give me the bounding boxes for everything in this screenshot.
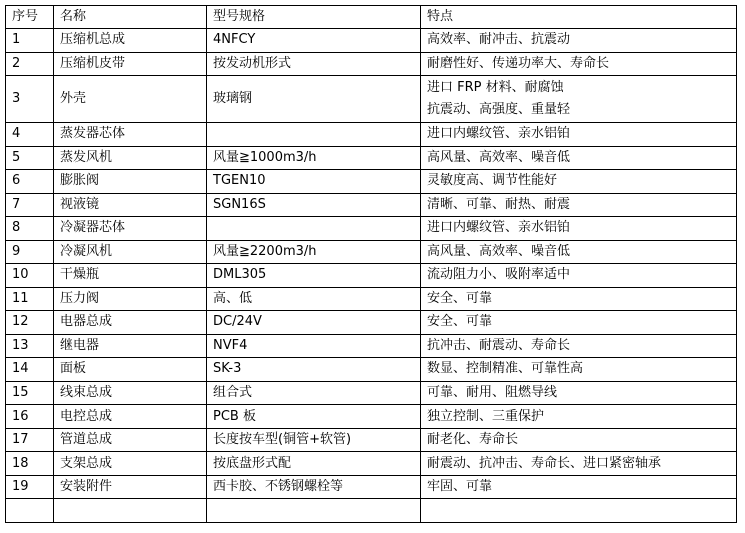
cell-features: 流动阻力小、吸附率适中 <box>421 264 737 288</box>
cell-model: DC/24V <box>207 311 421 335</box>
cell-features: 可靠、耐用、阻燃导线 <box>421 381 737 405</box>
cell-model: 按发动机形式 <box>207 52 421 76</box>
cell-features: 耐老化、寿命长 <box>421 428 737 452</box>
cell-model <box>207 123 421 147</box>
cell-index: 6 <box>6 170 54 194</box>
cell-index: 17 <box>6 428 54 452</box>
cell-name: 冷凝风机 <box>54 240 207 264</box>
cell-features: 安全、可靠 <box>421 287 737 311</box>
table-row: 6 膨胀阀 TGEN10 灵敏度高、调节性能好 <box>6 170 737 194</box>
cell-features: 安全、可靠 <box>421 311 737 335</box>
cell-name: 面板 <box>54 358 207 382</box>
table-row: 18 支架总成 按底盘形式配 耐震动、抗冲击、寿命长、进口紧密轴承 <box>6 452 737 476</box>
table-header-row: 序号 名称 型号规格 特点 <box>6 6 737 29</box>
cell-name: 蒸发器芯体 <box>54 123 207 147</box>
cell-name: 继电器 <box>54 334 207 358</box>
cell-features: 进口内螺纹管、亲水铝铂 <box>421 123 737 147</box>
cell-index <box>6 499 54 523</box>
cell-features: 耐震动、抗冲击、寿命长、进口紧密轴承 <box>421 452 737 476</box>
cell-index: 3 <box>6 76 54 123</box>
cell-features: 高效率、耐冲击、抗震动 <box>421 29 737 53</box>
table-row: 10 干燥瓶 DML305 流动阻力小、吸附率适中 <box>6 264 737 288</box>
table-row: 1 压缩机总成 4NFCY 高效率、耐冲击、抗震动 <box>6 29 737 53</box>
header-index: 序号 <box>6 6 54 29</box>
cell-index: 2 <box>6 52 54 76</box>
cell-model <box>207 217 421 241</box>
cell-features: 进口 FRP 材料、耐腐蚀 抗震动、高强度、重量轻 <box>421 76 737 123</box>
cell-features: 牢固、可靠 <box>421 475 737 499</box>
table-row: 12 电器总成 DC/24V 安全、可靠 <box>6 311 737 335</box>
cell-index: 12 <box>6 311 54 335</box>
table-row: 13 继电器 NVF4 抗冲击、耐震动、寿命长 <box>6 334 737 358</box>
cell-features: 灵敏度高、调节性能好 <box>421 170 737 194</box>
header-model: 型号规格 <box>207 6 421 29</box>
cell-index: 14 <box>6 358 54 382</box>
cell-model: 按底盘形式配 <box>207 452 421 476</box>
cell-name: 外壳 <box>54 76 207 123</box>
table-row: 11 压力阀 高、低 安全、可靠 <box>6 287 737 311</box>
header-name: 名称 <box>54 6 207 29</box>
cell-index: 15 <box>6 381 54 405</box>
table-row: 9 冷凝风机 风量≧2200m3/h 高风量、高效率、噪音低 <box>6 240 737 264</box>
cell-model: 高、低 <box>207 287 421 311</box>
cell-index: 11 <box>6 287 54 311</box>
cell-index: 5 <box>6 146 54 170</box>
cell-features <box>421 499 737 523</box>
cell-index: 1 <box>6 29 54 53</box>
table-row: 4 蒸发器芯体 进口内螺纹管、亲水铝铂 <box>6 123 737 147</box>
cell-model: NVF4 <box>207 334 421 358</box>
cell-name: 电控总成 <box>54 405 207 429</box>
cell-model: 风量≧2200m3/h <box>207 240 421 264</box>
cell-features: 清晰、可靠、耐热、耐震 <box>421 193 737 217</box>
cell-model: 西卡胶、不锈钢螺栓等 <box>207 475 421 499</box>
table-row: 3 外壳 玻璃钢 进口 FRP 材料、耐腐蚀 抗震动、高强度、重量轻 <box>6 76 737 123</box>
table-row: 16 电控总成 PCB 板 独立控制、三重保护 <box>6 405 737 429</box>
features-line-2: 抗震动、高强度、重量轻 <box>427 99 736 121</box>
cell-model: PCB 板 <box>207 405 421 429</box>
parts-spec-table: 序号 名称 型号规格 特点 1 压缩机总成 4NFCY 高效率、耐冲击、抗震动 … <box>5 5 737 523</box>
cell-index: 13 <box>6 334 54 358</box>
cell-model: 组合式 <box>207 381 421 405</box>
table-row: 2 压缩机皮带 按发动机形式 耐磨性好、传递功率大、寿命长 <box>6 52 737 76</box>
cell-model: DML305 <box>207 264 421 288</box>
cell-model: SGN16S <box>207 193 421 217</box>
cell-index: 10 <box>6 264 54 288</box>
table-row: 19 安装附件 西卡胶、不锈钢螺栓等 牢固、可靠 <box>6 475 737 499</box>
cell-model: SK-3 <box>207 358 421 382</box>
cell-index: 18 <box>6 452 54 476</box>
cell-name: 压缩机皮带 <box>54 52 207 76</box>
cell-index: 7 <box>6 193 54 217</box>
cell-features: 耐磨性好、传递功率大、寿命长 <box>421 52 737 76</box>
cell-features: 进口内螺纹管、亲水铝铂 <box>421 217 737 241</box>
cell-name: 支架总成 <box>54 452 207 476</box>
cell-features: 高风量、高效率、噪音低 <box>421 240 737 264</box>
cell-name: 管道总成 <box>54 428 207 452</box>
cell-features: 独立控制、三重保护 <box>421 405 737 429</box>
cell-model: 4NFCY <box>207 29 421 53</box>
table-row: 8 冷凝器芯体 进口内螺纹管、亲水铝铂 <box>6 217 737 241</box>
header-features: 特点 <box>421 6 737 29</box>
cell-model: 玻璃钢 <box>207 76 421 123</box>
table-row: 14 面板 SK-3 数显、控制精准、可靠性高 <box>6 358 737 382</box>
table-row: 7 视液镜 SGN16S 清晰、可靠、耐热、耐震 <box>6 193 737 217</box>
cell-name: 膨胀阀 <box>54 170 207 194</box>
table-row: 15 线束总成 组合式 可靠、耐用、阻燃导线 <box>6 381 737 405</box>
cell-name: 线束总成 <box>54 381 207 405</box>
cell-name: 冷凝器芯体 <box>54 217 207 241</box>
table-row-empty <box>6 499 737 523</box>
cell-name: 视液镜 <box>54 193 207 217</box>
cell-model: 长度按车型(铜管+软管) <box>207 428 421 452</box>
cell-index: 16 <box>6 405 54 429</box>
table-row: 5 蒸发风机 风量≧1000m3/h 高风量、高效率、噪音低 <box>6 146 737 170</box>
cell-features: 抗冲击、耐震动、寿命长 <box>421 334 737 358</box>
cell-name: 电器总成 <box>54 311 207 335</box>
cell-features: 高风量、高效率、噪音低 <box>421 146 737 170</box>
features-line-1: 进口 FRP 材料、耐腐蚀 <box>427 77 736 99</box>
cell-index: 8 <box>6 217 54 241</box>
cell-name: 蒸发风机 <box>54 146 207 170</box>
cell-name: 干燥瓶 <box>54 264 207 288</box>
cell-index: 9 <box>6 240 54 264</box>
cell-index: 19 <box>6 475 54 499</box>
cell-name: 安装附件 <box>54 475 207 499</box>
table-row: 17 管道总成 长度按车型(铜管+软管) 耐老化、寿命长 <box>6 428 737 452</box>
cell-name: 压缩机总成 <box>54 29 207 53</box>
cell-model <box>207 499 421 523</box>
cell-name <box>54 499 207 523</box>
cell-model: TGEN10 <box>207 170 421 194</box>
cell-model: 风量≧1000m3/h <box>207 146 421 170</box>
cell-name: 压力阀 <box>54 287 207 311</box>
cell-features: 数显、控制精准、可靠性高 <box>421 358 737 382</box>
cell-index: 4 <box>6 123 54 147</box>
